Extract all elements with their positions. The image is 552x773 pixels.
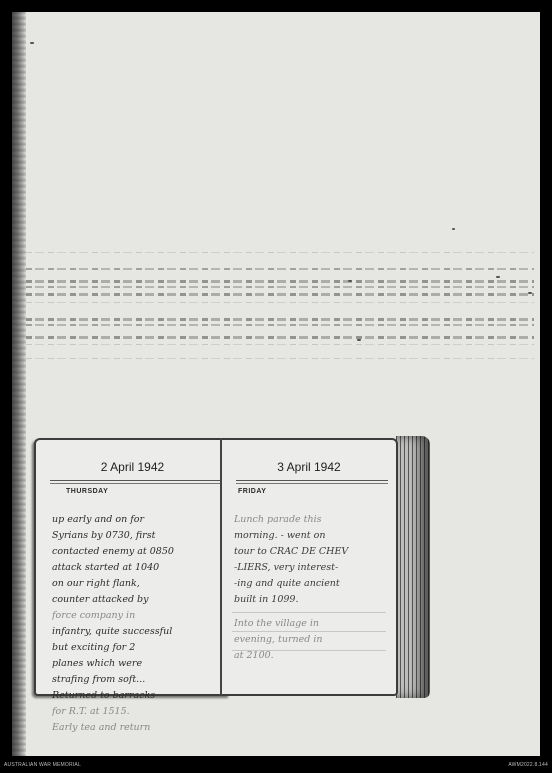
scan-speck (357, 339, 361, 341)
entry-line: contacted enemy at 0850 (52, 544, 221, 560)
entry-line: Syrians by 0730, first (52, 528, 221, 544)
document-frame: 2 April 1942 THURSDAY up early and on fo… (0, 0, 552, 773)
scan-speck (348, 280, 352, 282)
entry-line: morning. - went on (234, 528, 388, 544)
handwritten-entry: up early and on for Syrians by 0730, fir… (52, 512, 221, 736)
copier-streak (26, 252, 534, 253)
entry-line: strafing from soft... (52, 672, 221, 688)
header-rule (50, 483, 221, 484)
page-date: 2 April 1942 (36, 460, 229, 474)
scan-speck (496, 276, 500, 278)
copier-streak (26, 293, 534, 296)
page-weekday: THURSDAY (66, 488, 108, 495)
copier-streak (26, 286, 534, 288)
copier-streak (26, 358, 534, 359)
entry-line: Lunch parade this (234, 512, 388, 528)
copier-streak (26, 336, 534, 339)
entry-line: planes which were (52, 656, 221, 672)
photocopy-left-edge (12, 12, 26, 756)
entry-line: Early tea and return (52, 720, 221, 736)
entry-line: for R.T. at 1515. (52, 704, 221, 720)
header-rule (50, 480, 221, 481)
diary-page-right: 3 April 1942 FRIDAY Lunch parade this mo… (220, 438, 398, 696)
copier-streak (26, 268, 534, 270)
copier-streak (26, 280, 534, 283)
header-rule (236, 480, 388, 481)
entry-line: up early and on for (52, 512, 221, 528)
diary-page-edges (396, 436, 430, 698)
copier-streak (26, 318, 534, 321)
entry-line: tour to CRAC DE CHEV (234, 544, 388, 560)
copier-streak (26, 324, 534, 326)
page-date: 3 April 1942 (222, 460, 396, 474)
entry-line: on our right flank, (52, 576, 221, 592)
entry-line: counter attacked by (52, 592, 221, 608)
entry-line: but exciting for 2 (52, 640, 221, 656)
page-weekday: FRIDAY (238, 488, 266, 495)
entry-line: attack started at 1040 (52, 560, 221, 576)
diary-page-left: 2 April 1942 THURSDAY up early and on fo… (34, 438, 230, 696)
archive-reference-number: AWM2022.8.144 (508, 762, 548, 768)
diary-open-spread: 2 April 1942 THURSDAY up early and on fo… (34, 430, 434, 700)
scan-speck (528, 292, 532, 294)
scan-speck (452, 228, 455, 230)
scanned-page: 2 April 1942 THURSDAY up early and on fo… (12, 12, 540, 756)
blank-ruled-lines (232, 594, 386, 654)
header-rule (236, 483, 388, 484)
copier-streak (26, 344, 534, 345)
scan-speck (30, 42, 34, 44)
entry-line: force company in (52, 608, 221, 624)
entry-line: -LIERS, very interest- (234, 560, 388, 576)
archive-credit: AUSTRALIAN WAR MEMORIAL (4, 762, 81, 768)
entry-line: Returned to barracks (52, 688, 221, 704)
copier-streak (26, 302, 534, 303)
entry-line: infantry, quite successful (52, 624, 221, 640)
entry-line: -ing and quite ancient (234, 576, 388, 592)
